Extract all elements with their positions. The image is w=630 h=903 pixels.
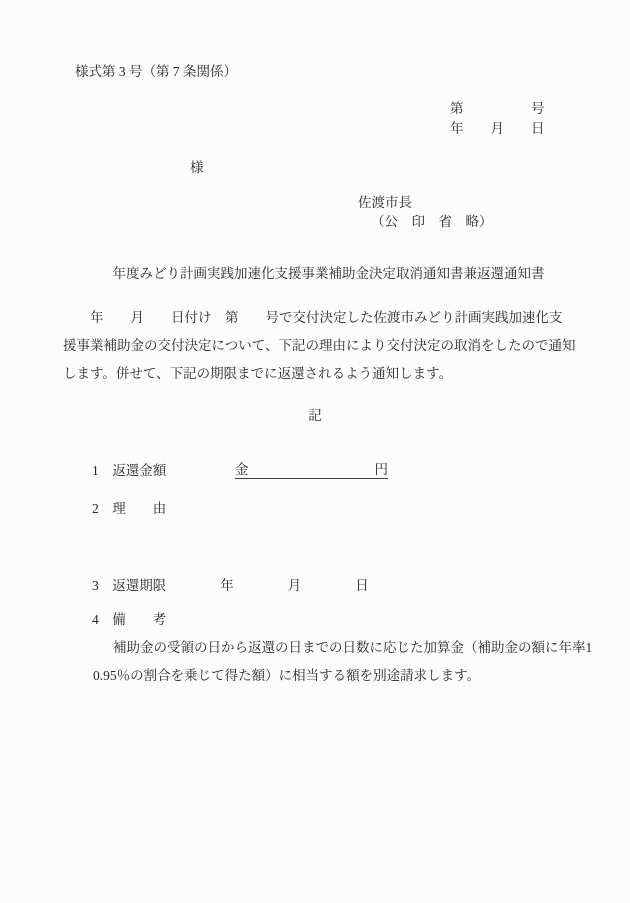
document-title: 年度みどり計画実践加速化支援事業補助金決定取消通知書兼返還通知書 xyxy=(0,265,630,282)
doc-number-line: 第 号 xyxy=(450,100,545,117)
remarks-note-line-2: 0.95％の割合を乗じて得た額）に相当する額を別途請求します。 xyxy=(93,667,480,684)
body-paragraph-line-1: 年 月 日付け 第 号で交付決定した佐渡市みどり計画実践加速化支 xyxy=(63,309,563,326)
item-remarks-label: 4 備 考 xyxy=(92,611,166,628)
amount-prefix: 金 xyxy=(235,461,249,478)
amount-blank-field: 金 円 xyxy=(235,461,388,479)
body-paragraph-line-3: します。併せて、下記の期限までに返還されるよう通知します。 xyxy=(63,365,452,382)
item-return-deadline-label: 3 返還期限 年 月 日 xyxy=(92,577,369,594)
addressee-honorific: 様 xyxy=(190,159,204,176)
sender-name: 佐渡市長 xyxy=(358,194,412,211)
ki-separator: 記 xyxy=(0,407,630,424)
amount-suffix: 円 xyxy=(375,461,389,478)
doc-date-line: 年 月 日 xyxy=(450,120,545,137)
form-number: 様式第 3 号（第 7 条関係） xyxy=(75,63,237,80)
document-page: 様式第 3 号（第 7 条関係） 第 号 年 月 日 様 佐渡市長 （公 印 省… xyxy=(0,0,630,903)
item-reason-label: 2 理 由 xyxy=(92,500,166,517)
remarks-note-line-1: 補助金の受領の日から返還の日までの日数に応じた加算金（補助金の額に年率1 xyxy=(113,639,592,656)
body-paragraph-line-2: 援事業補助金の交付決定について、下記の理由により交付決定の取消をしたので通知 xyxy=(63,337,575,354)
sender-seal-note: （公 印 省 略） xyxy=(371,213,493,230)
item-return-amount-label: 1 返還金額 xyxy=(92,462,166,479)
